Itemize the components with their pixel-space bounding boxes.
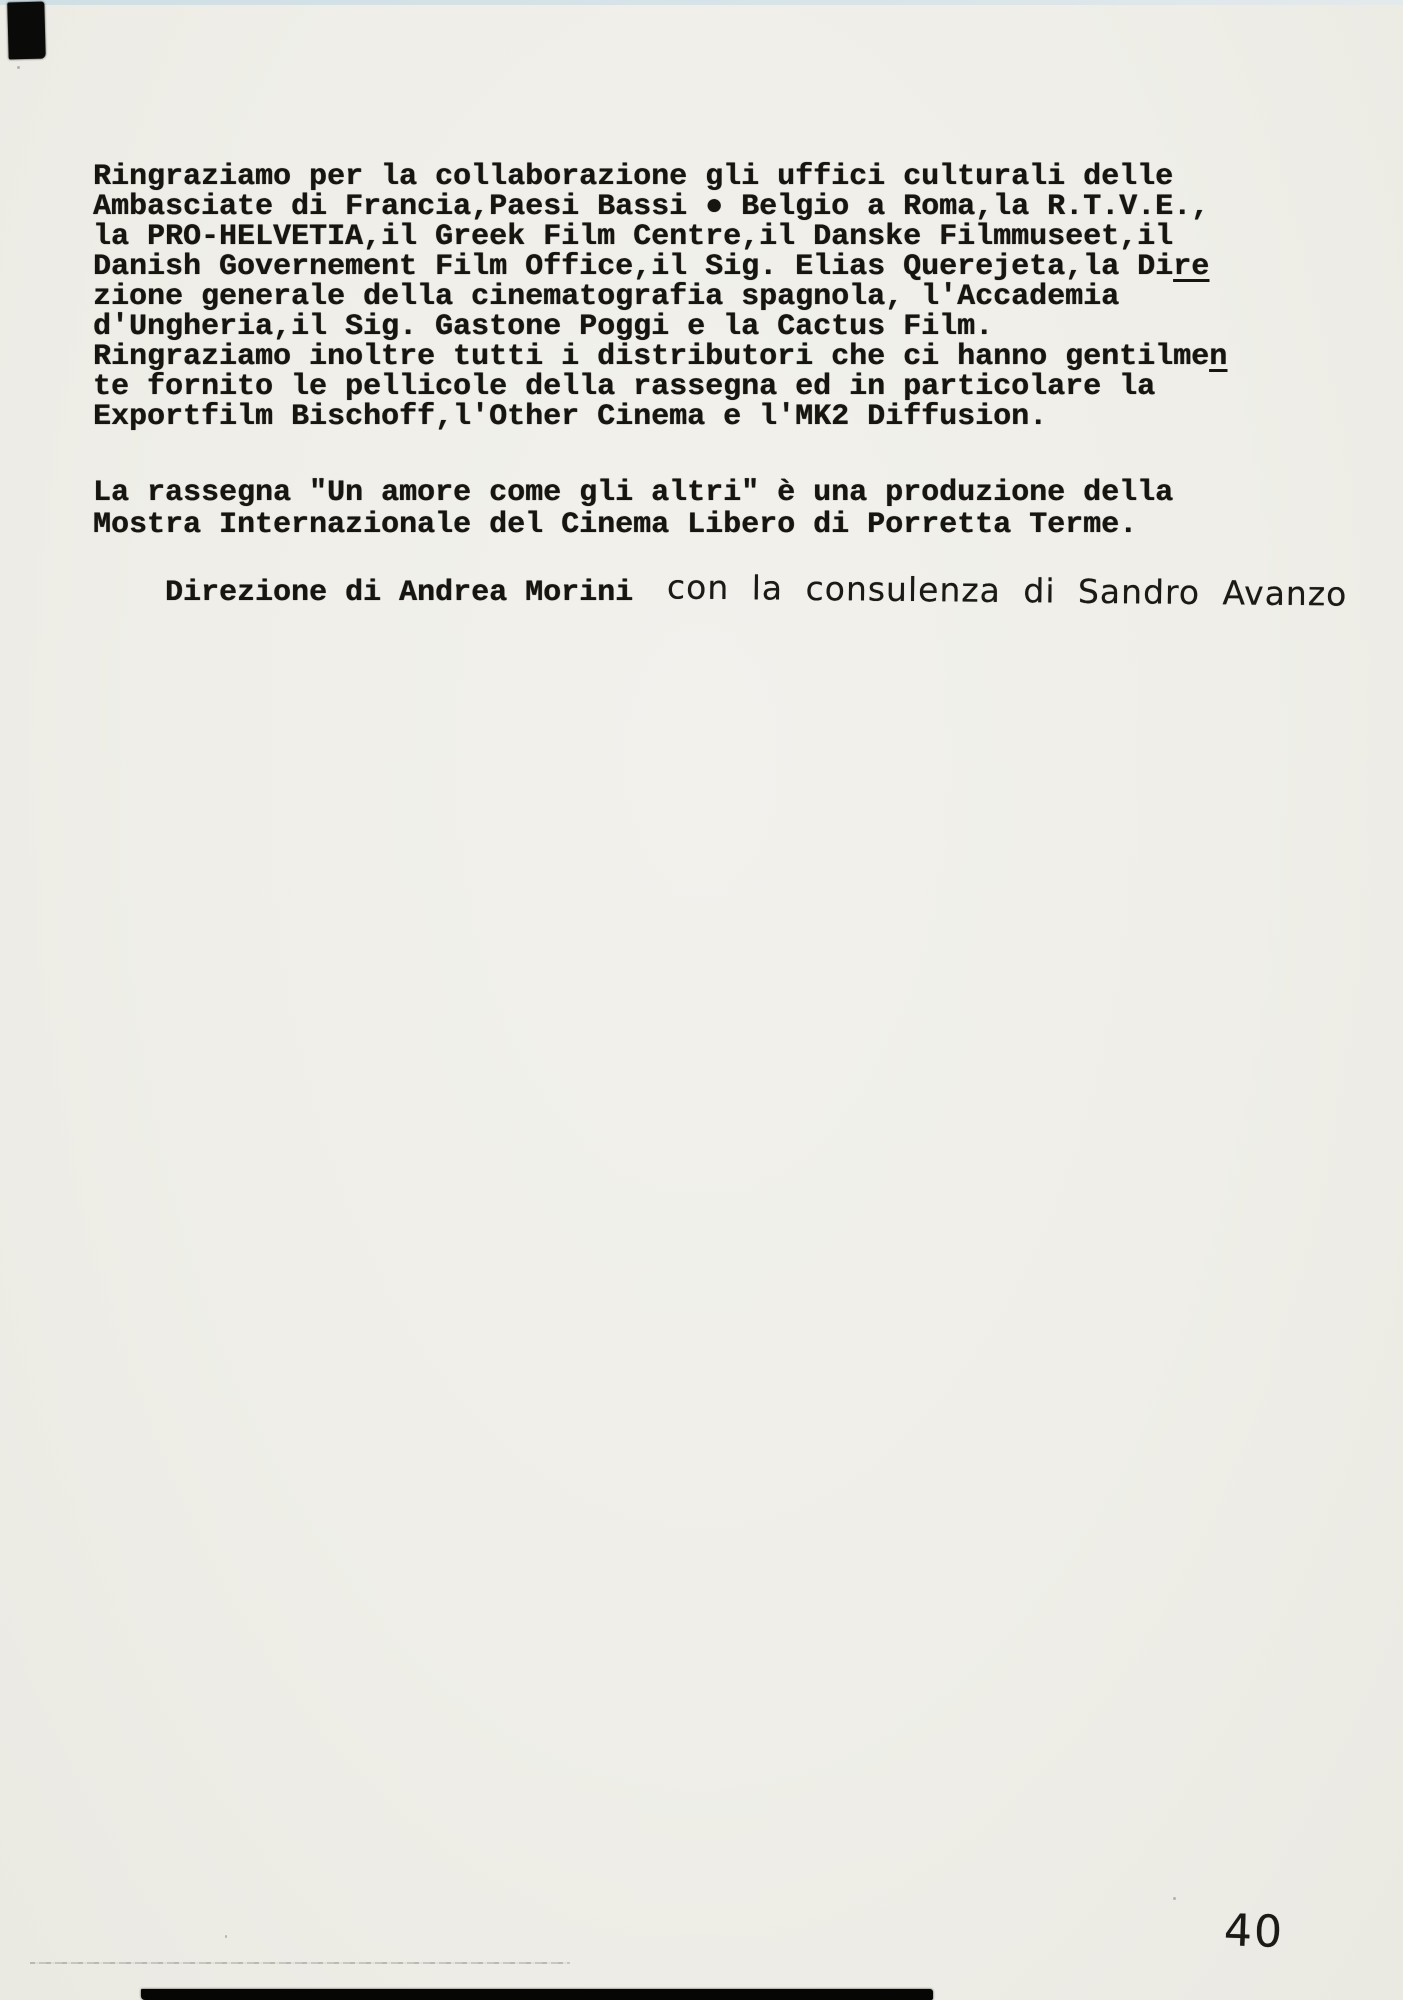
typed-line: zione generale della cinematografia spag… [93, 282, 1227, 312]
typed-line: La rassegna "Un amore come gli altri" è … [93, 477, 1173, 509]
typed-line: Ambasciate di Francia,Paesi Bassi ● Belg… [93, 192, 1227, 222]
production-credit-paragraph: La rassegna "Un amore come gli altri" è … [93, 477, 1173, 541]
scanner-edge-strip [0, 0, 1403, 5]
typed-line: la PRO-HELVETIA,il Greek Film Centre,il … [93, 222, 1227, 252]
paper-speck [449, 231, 451, 233]
paper-speck [17, 66, 20, 69]
typed-line: te fornito le pellicole della rassegna e… [93, 372, 1227, 402]
typed-line: Exportfilm Bischoff,l'Other Cinema e l'M… [93, 402, 1227, 432]
acknowledgements-paragraph: Ringraziamo per la collaborazione gli uf… [93, 162, 1227, 432]
handwritten-consultant-note: con la consulenza di Sandro Avanzo [667, 571, 1348, 610]
typed-line: Danish Governement Film Office,il Sig. E… [93, 252, 1227, 282]
paper-speck [225, 1935, 227, 1938]
scan-line-artifact [30, 1962, 570, 1964]
scanned-document-page: Ringraziamo per la collaborazione gli uf… [0, 0, 1403, 2000]
typed-line: Mostra Internazionale del Cinema Libero … [93, 509, 1173, 541]
handwritten-page-number: 40 [1223, 1905, 1285, 1958]
direction-typed-text: Direzione di Andrea Morini [165, 576, 633, 610]
typed-line: d'Ungheria,il Sig. Gastone Poggi e la Ca… [93, 312, 1227, 342]
typed-line: Ringraziamo per la collaborazione gli uf… [93, 162, 1227, 192]
paper-speck [1173, 1897, 1176, 1900]
direction-line: Direzione di Andrea Morinicon la consule… [93, 541, 1347, 641]
scan-corner-artifact [7, 2, 45, 60]
typed-line: Ringraziamo inoltre tutti i distributori… [93, 342, 1227, 372]
scan-bottom-edge-artifact [141, 1989, 933, 2000]
